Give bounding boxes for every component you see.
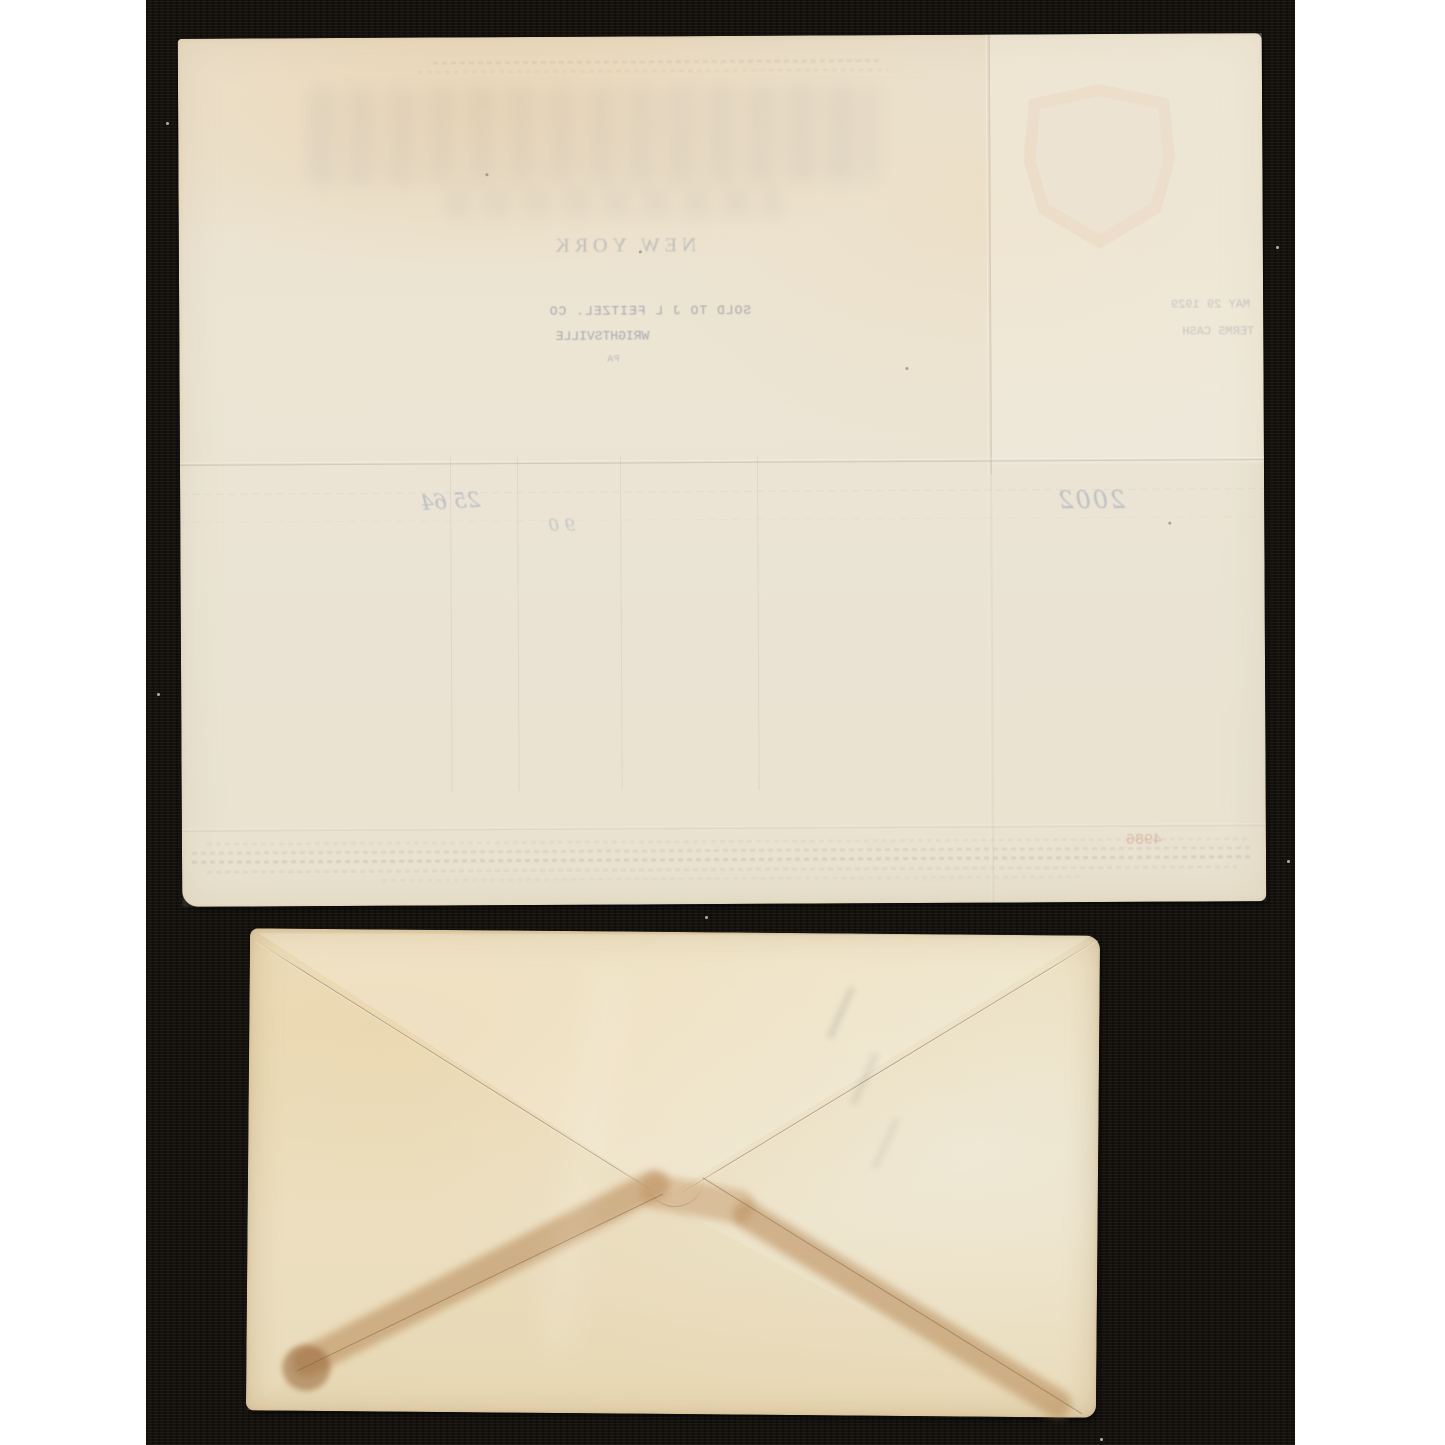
- fineprint-band: [433, 59, 883, 64]
- fineprint-band: [418, 68, 888, 73]
- showthrough-red-number: 4986: [1126, 832, 1162, 849]
- showthrough-smudge: [871, 1117, 900, 1170]
- paper-speck: [1168, 522, 1171, 525]
- showthrough-sold-to-line: SOLD TO J L FEITZEL. CO: [501, 303, 751, 319]
- showthrough-state-line: PA: [579, 355, 619, 366]
- dust-speck: [166, 122, 169, 125]
- scanned-photo-scene: NEW YORK SOLD TO J L FEITZEL. CO WRIGHTS…: [0, 0, 1445, 1445]
- showthrough-header-city: NEW YORK: [531, 234, 716, 258]
- showthrough-date-line: MAY 29 1929: [1075, 297, 1250, 312]
- paper-speck: [485, 173, 488, 176]
- showthrough-amount-lower: 9 0: [548, 516, 575, 536]
- dust-speck: [157, 693, 160, 696]
- envelope-back: [246, 928, 1100, 1417]
- letter-back-sheet: NEW YORK SOLD TO J L FEITZEL. CO WRIGHTS…: [178, 33, 1267, 907]
- glue-stain-end-blob: [282, 1345, 330, 1391]
- paper-speck: [639, 250, 642, 253]
- showthrough-terms-line: TERMS CASH: [1069, 324, 1254, 339]
- paper-speck: [905, 367, 908, 370]
- dust-speck: [1287, 860, 1290, 863]
- dust-speck: [1276, 246, 1279, 249]
- showthrough-letterhead-blur: [308, 83, 879, 186]
- showthrough-script-line-blur: [444, 188, 784, 220]
- showthrough-amount-upper: 25 64: [420, 488, 481, 515]
- dust-speck: [705, 916, 708, 919]
- showthrough-order-number: 2002: [1056, 486, 1125, 514]
- showthrough-city-line: WRIGHTSVILLE: [539, 328, 649, 344]
- dust-speck: [1100, 1438, 1103, 1441]
